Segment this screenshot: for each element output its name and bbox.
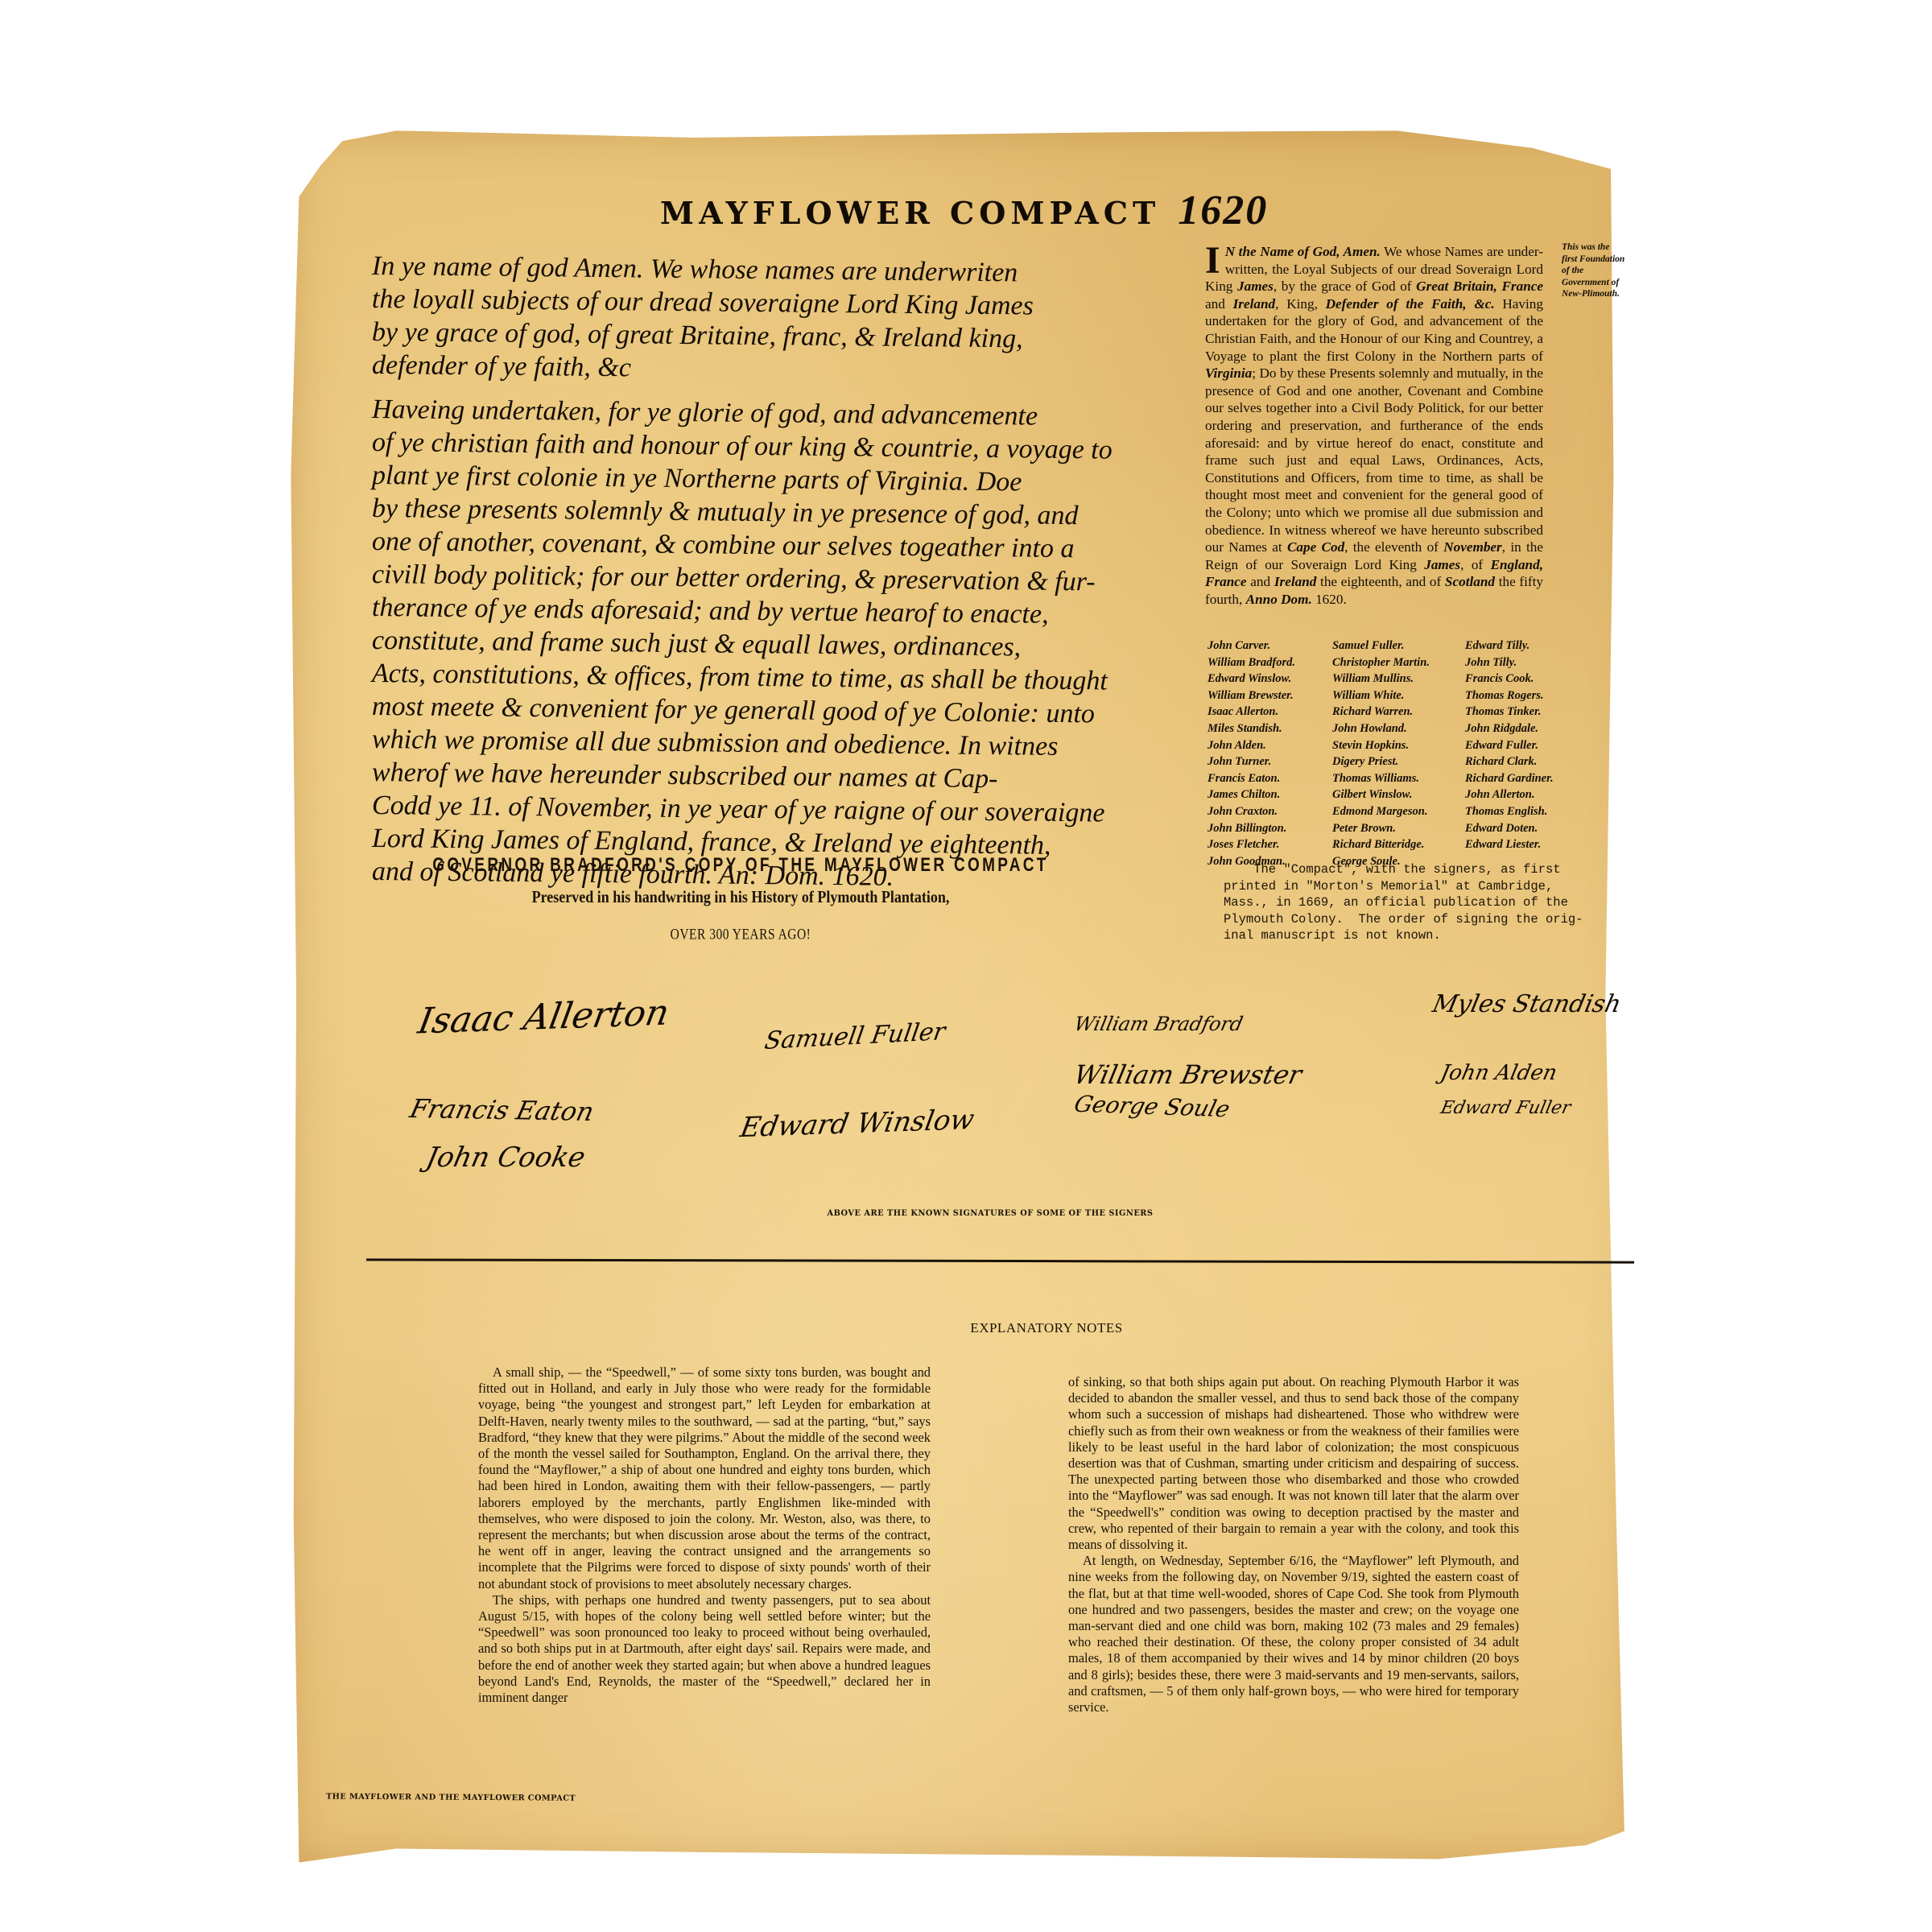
notes-paragraph: At length, on Wednesday, September 6/16,… bbox=[1068, 1553, 1519, 1715]
bradford-heading: GOVERNOR BRADFORD'S COPY OF THE MAYFLOWE… bbox=[346, 855, 1135, 877]
printed-italic-run: N the Name of God, Amen. bbox=[1225, 244, 1381, 259]
signature: John Alden bbox=[1439, 1061, 1559, 1085]
signer-name: William Brewster. bbox=[1207, 687, 1328, 704]
printed-italic-run: Virginia bbox=[1205, 365, 1252, 381]
printed-text-run: 1620. bbox=[1312, 592, 1347, 607]
signature: Francis Eaton bbox=[407, 1093, 597, 1127]
notes-column-left: A small ship, — the “Speedwell,” — of so… bbox=[478, 1364, 931, 1706]
signer-name: John Carver. bbox=[1207, 638, 1328, 654]
printed-italic-run: Great Britain, France bbox=[1416, 279, 1543, 294]
explanatory-heading: EXPLANATORY NOTES bbox=[805, 1320, 1288, 1336]
signer-name: Thomas Rogers. bbox=[1465, 687, 1586, 704]
printed-italic-run: Scotland bbox=[1445, 574, 1495, 589]
signer-name: Isaac Allerton. bbox=[1207, 704, 1328, 720]
page-title: MAYFLOWER COMPACT1620 bbox=[660, 187, 1304, 234]
printed-text-run: the eighteenth, and of bbox=[1316, 574, 1445, 589]
signers-column: John Carver.William Bradford.Edward Wins… bbox=[1207, 638, 1328, 869]
signer-name: William Mullins. bbox=[1332, 671, 1461, 687]
signer-name: John Craxton. bbox=[1207, 803, 1328, 820]
signer-name: James Chilton. bbox=[1207, 786, 1328, 803]
signatures-caption: ABOVE ARE THE KNOWN SIGNATURES OF SOME O… bbox=[805, 1209, 1175, 1218]
signer-name: Edward Tilly. bbox=[1465, 638, 1586, 654]
signer-name: Digery Priest. bbox=[1332, 753, 1461, 770]
printed-text-run: and bbox=[1247, 574, 1274, 589]
signature: John Cooke bbox=[423, 1141, 588, 1174]
notes-column-right: of sinking, so that both ships again put… bbox=[1068, 1374, 1519, 1715]
printed-text-run: , of bbox=[1460, 557, 1490, 572]
printed-italic-run: Ireland bbox=[1233, 296, 1276, 312]
printed-compact: IN the Name of God, Amen. We whose Names… bbox=[1205, 243, 1543, 608]
signer-name: William White. bbox=[1332, 687, 1461, 704]
signer-name: Richard Gardiner. bbox=[1465, 770, 1586, 787]
signer-name: Gilbert Winslow. bbox=[1332, 786, 1461, 803]
over-300-years-text: OVER 300 YEARS AGO! bbox=[346, 926, 1135, 944]
signer-name: John Billington. bbox=[1207, 820, 1328, 837]
signer-name: Edmond Margeson. bbox=[1332, 803, 1461, 820]
signer-name: Edward Liester. bbox=[1465, 836, 1586, 853]
signer-name: Francis Eaton. bbox=[1207, 770, 1328, 787]
printed-text-run: , the eleventh of bbox=[1344, 539, 1443, 555]
signature: George Soule bbox=[1071, 1091, 1232, 1122]
signer-name: Samuel Fuller. bbox=[1332, 638, 1461, 654]
signer-name: John Turner. bbox=[1207, 753, 1328, 770]
printed-italic-run: James bbox=[1424, 557, 1460, 572]
notes-paragraph: The ships, with perhaps one hundred and … bbox=[478, 1592, 931, 1706]
typed-note: The "Compact", with the signers, as firs… bbox=[1224, 861, 1626, 944]
signer-name: Thomas Williams. bbox=[1332, 770, 1461, 787]
signer-name: Joses Fletcher. bbox=[1207, 836, 1328, 853]
signature: Myles Standish bbox=[1430, 990, 1624, 1018]
signer-name: Richard Bitteridge. bbox=[1332, 836, 1461, 853]
printed-italic-run: Ireland bbox=[1274, 574, 1317, 589]
signer-name: John Alden. bbox=[1207, 737, 1328, 754]
signer-name: Richard Clark. bbox=[1465, 753, 1586, 770]
drop-cap: I bbox=[1205, 245, 1220, 277]
bradford-subheading: Preserved in his handwriting in his Hist… bbox=[346, 887, 1135, 907]
handwritten-compact: In ye name of god Amen. We whose names a… bbox=[372, 250, 1121, 888]
signature: William Bradford bbox=[1072, 1013, 1245, 1035]
printed-text-run: ; Do by these Presents solemnly and mutu… bbox=[1205, 365, 1543, 555]
signer-name: Peter Brown. bbox=[1332, 820, 1461, 837]
signers-column: Samuel Fuller.Christopher Martin.William… bbox=[1332, 638, 1461, 869]
signer-name: Edward Winslow. bbox=[1207, 671, 1328, 687]
signer-name: John Ridgdale. bbox=[1465, 720, 1586, 737]
printed-text-run: , by the grace of God of bbox=[1274, 279, 1416, 294]
signer-name: William Bradford. bbox=[1207, 654, 1328, 671]
signer-name: Francis Cook. bbox=[1465, 671, 1586, 687]
signers-list: John Carver.William Bradford.Edward Wins… bbox=[1207, 638, 1586, 869]
printed-italic-run: Defender of the Faith, &c. bbox=[1326, 296, 1495, 312]
notes-paragraph: of sinking, so that both ships again put… bbox=[1068, 1374, 1519, 1553]
printed-text-run: , King, bbox=[1275, 296, 1326, 312]
printed-italic-run: James bbox=[1237, 279, 1274, 294]
printed-text-run: and bbox=[1205, 296, 1233, 312]
signer-name: Christopher Martin. bbox=[1332, 654, 1461, 671]
signer-name: Thomas Tinker. bbox=[1465, 704, 1586, 720]
signer-name: Thomas English. bbox=[1465, 803, 1586, 820]
printed-italic-run: Anno Dom. bbox=[1246, 592, 1312, 607]
signature: Edward Fuller bbox=[1439, 1098, 1572, 1118]
signer-name: Miles Standish. bbox=[1207, 720, 1328, 737]
signer-name: Stevin Hopkins. bbox=[1332, 737, 1461, 754]
printed-italic-run: Cape Cod bbox=[1287, 539, 1344, 555]
signer-name: Edward Fuller. bbox=[1465, 737, 1586, 754]
printed-compact-text: N the Name of God, Amen. We whose Names … bbox=[1205, 244, 1543, 607]
signer-name: John Tilly. bbox=[1465, 654, 1586, 671]
signer-name: Edward Doten. bbox=[1465, 820, 1586, 837]
signers-column: Edward Tilly.John Tilly.Francis Cook.Tho… bbox=[1465, 638, 1586, 869]
title-text: MAYFLOWER COMPACT bbox=[660, 195, 1160, 231]
notes-paragraph: A small ship, — the “Speedwell,” — of so… bbox=[478, 1364, 931, 1592]
title-year: 1620 bbox=[1178, 188, 1268, 233]
signature: William Brewster bbox=[1071, 1059, 1305, 1090]
margin-note: This was the first Foundation of the Gov… bbox=[1562, 242, 1626, 300]
signer-name: John Howland. bbox=[1332, 720, 1461, 737]
signer-name: John Allerton. bbox=[1465, 786, 1586, 803]
printed-italic-run: November bbox=[1443, 539, 1502, 555]
signer-name: Richard Warren. bbox=[1332, 704, 1461, 720]
